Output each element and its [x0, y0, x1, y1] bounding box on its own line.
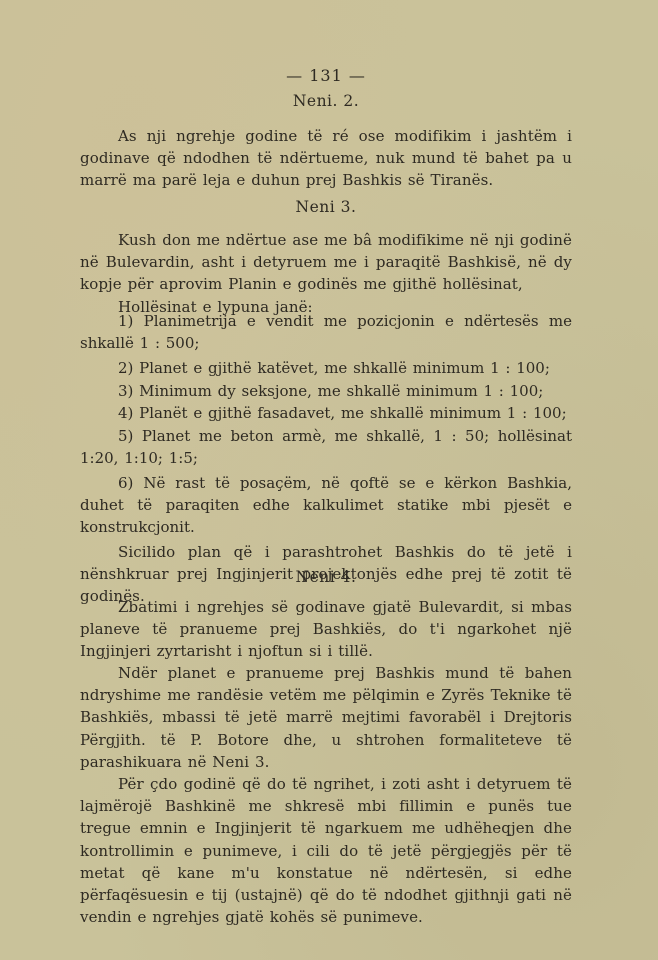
article-2-paragraph-1: As nji ngrehje godine të ré ose modifiki…: [80, 125, 572, 192]
page-number: — 131 —: [80, 66, 572, 85]
article-4-paragraph-1: Zbatimi i ngrehjes së godinave gjatë Bul…: [80, 596, 572, 663]
article-4-paragraph-3: Për çdo godinë që do të ngrihet, i zoti …: [80, 773, 572, 928]
requirement-item-4: 4) Planët e gjithë fasadavet, me shkallë…: [80, 402, 572, 424]
article-heading-2: Neni. 2.: [80, 92, 572, 110]
article-3-paragraph-1: Kush don me ndërtue ase me bâ modifikime…: [80, 229, 572, 296]
requirement-item-5: 5) Planet me beton armè, me shkallë, 1 :…: [80, 425, 572, 469]
requirement-item-1: 1) Planimetrija e vendit me pozicjonin e…: [80, 310, 572, 354]
requirement-item-3: 3) Minimum dy seksjone, me shkallë minim…: [80, 380, 572, 402]
requirement-item-2: 2) Planet e gjithë katëvet, me shkallë m…: [80, 357, 572, 379]
requirement-item-6: 6) Në rast të posaçëm, në qoftë se e kër…: [80, 472, 572, 539]
article-heading-3: Neni 3.: [80, 198, 572, 216]
article-heading-4: Neni 4.: [80, 568, 572, 586]
article-4-paragraph-2: Ndër planet e pranueme prej Bashkis mund…: [80, 662, 572, 773]
